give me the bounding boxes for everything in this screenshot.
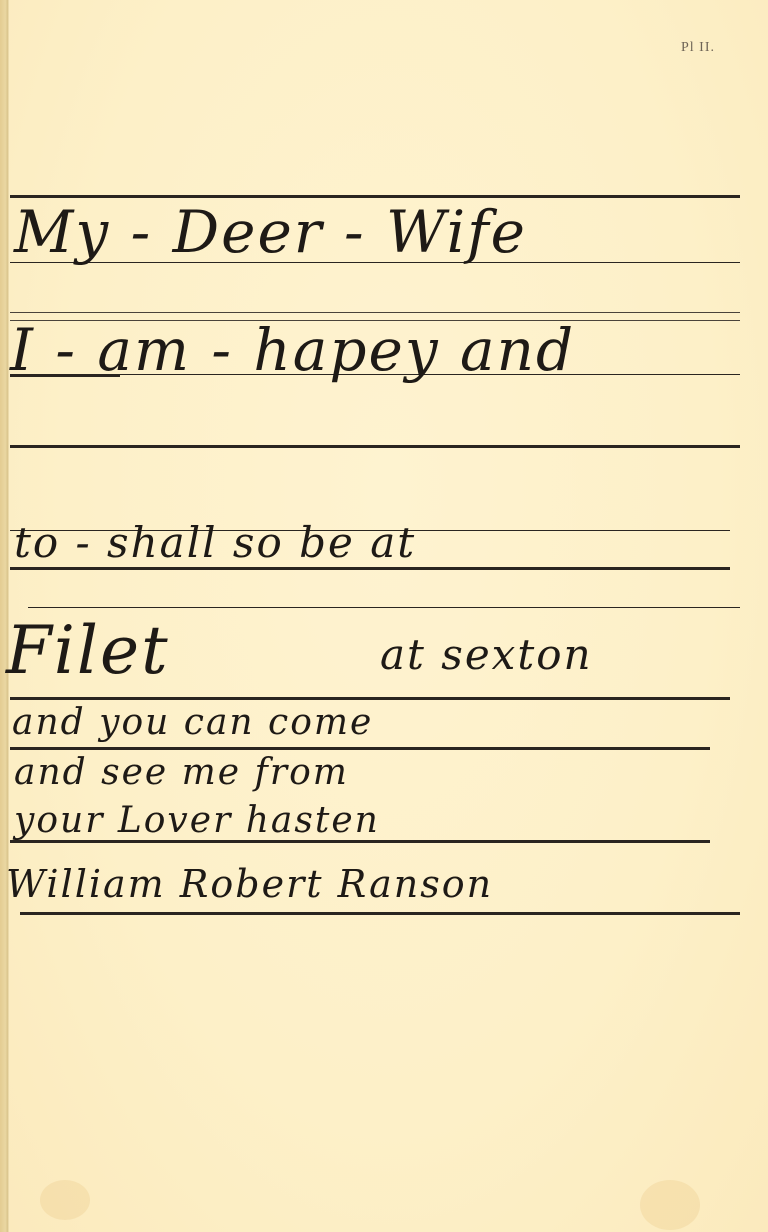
letter-line-salutation: My - Deer - Wife <box>14 198 527 266</box>
letter-line-7: your Lover hasten <box>14 800 380 841</box>
letter-line-4b: at sexton <box>380 630 593 679</box>
letter-line-2: I - am - hapey and <box>10 316 575 384</box>
plate-label: Pl II. <box>681 40 715 56</box>
ruled-line <box>10 567 730 570</box>
paper-stain <box>640 1180 700 1230</box>
letter-signature: William Robert Ranson <box>6 862 493 906</box>
ruled-line <box>10 445 740 448</box>
letter-line-4a: Filet <box>6 612 170 689</box>
ruled-line <box>20 912 740 915</box>
letter-line-3: to - shall so be at <box>14 518 416 567</box>
ruled-line <box>10 697 730 700</box>
letter-line-5: and you can come <box>12 702 373 743</box>
paper-stain <box>40 1180 90 1220</box>
ruled-line <box>28 607 740 608</box>
ruled-line <box>10 747 710 750</box>
letter-line-6: and see me from <box>14 752 349 793</box>
ruled-line <box>10 312 740 313</box>
